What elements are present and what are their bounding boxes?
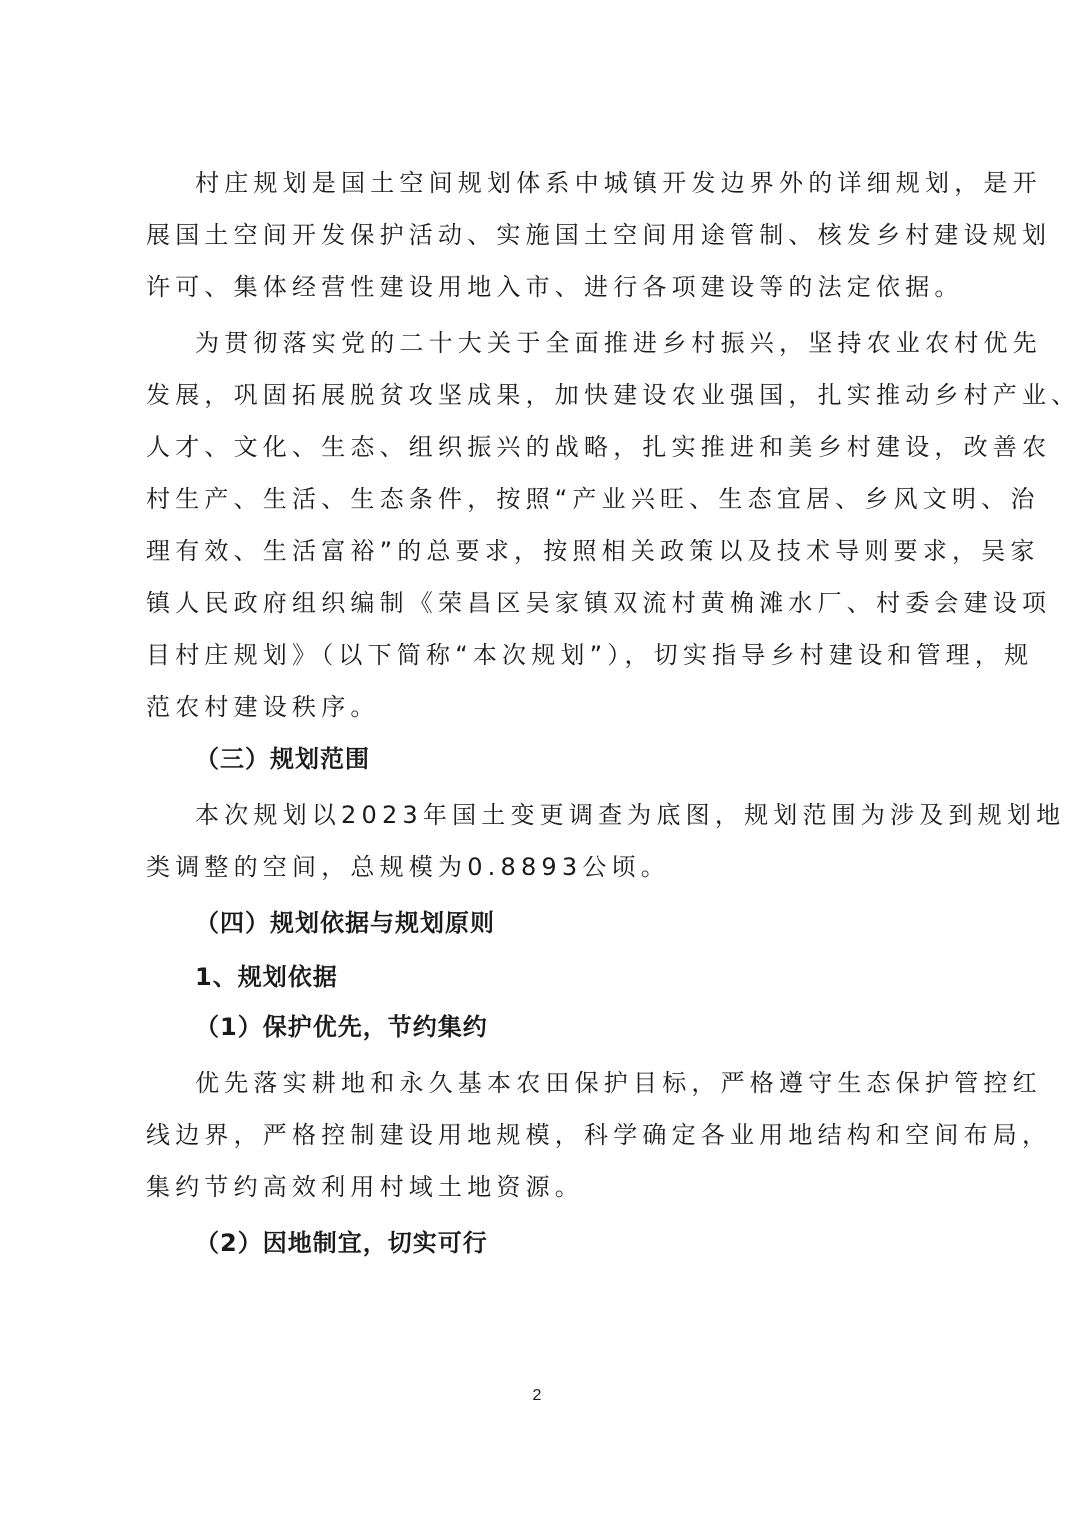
item-heading-protection-priority: （1）保护优先，节约集约 [195,1012,488,1042]
paragraph-2-line-6: 镇人民政府组织编制《荣昌区吴家镇双流村黄桷滩水厂、村委会建设项 [146,588,1051,618]
section-heading-basis-principles: （四）规划依据与规划原则 [195,908,495,938]
paragraph-1-line-3: 许可、集体经营性建设用地入市、进行各项建设等的法定依据。 [146,272,964,302]
document-page: 村庄规划是国土空间规划体系中城镇开发边界外的详细规划，是开 展国土空间开发保护活… [0,0,1074,1520]
paragraph-2-line-2: 发展，巩固拓展脱贫攻坚成果，加快建设农业强国，扎实推动乡村产业、 [146,380,1074,410]
page-number: 2 [0,1386,1074,1406]
paragraph-4-line-2: 线边界，严格控制建设用地规模，科学确定各业用地结构和空间布局， [146,1120,1051,1150]
paragraph-3-line-1: 本次规划以2023年国土变更调查为底图，规划范围为涉及到规划地 [195,800,1065,830]
paragraph-2-line-5: 理有效、生活富裕”的总要求，按照相关政策以及技术导则要求，吴家 [146,536,1040,566]
paragraph-4-line-3: 集约节约高效利用村域土地资源。 [146,1172,584,1202]
paragraph-1-line-2: 展国土空间开发保护活动、实施国土空间用途管制、核发乡村建设规划 [146,220,1051,250]
paragraph-2-line-1: 为贯彻落实党的二十大关于全面推进乡村振兴，坚持农业农村优先 [195,328,1042,358]
item-heading-local-conditions: （2）因地制宜，切实可行 [195,1228,488,1258]
paragraph-1-line-1: 村庄规划是国土空间规划体系中城镇开发边界外的详细规划，是开 [195,168,1042,198]
paragraph-2-line-7: 目村庄规划》（以下简称“本次规划”），切实指导乡村建设和管理，规 [146,640,1033,670]
paragraph-3-line-2: 类调整的空间，总规模为0.8893公顷。 [146,852,670,882]
subsection-heading-basis: 1、规划依据 [195,962,338,992]
paragraph-2-line-3: 人才、文化、生态、组织振兴的战略，扎实推进和美乡村建设，改善农 [146,432,1051,462]
paragraph-2-line-8: 范农村建设秩序。 [146,692,380,722]
paragraph-4-line-1: 优先落实耕地和永久基本农田保护目标，严格遵守生态保护管控红 [195,1068,1042,1098]
section-heading-scope: （三）规划范围 [195,744,370,774]
paragraph-2-line-4: 村生产、生活、生态条件，按照“产业兴旺、生态宜居、乡风文明、治 [146,484,1040,514]
